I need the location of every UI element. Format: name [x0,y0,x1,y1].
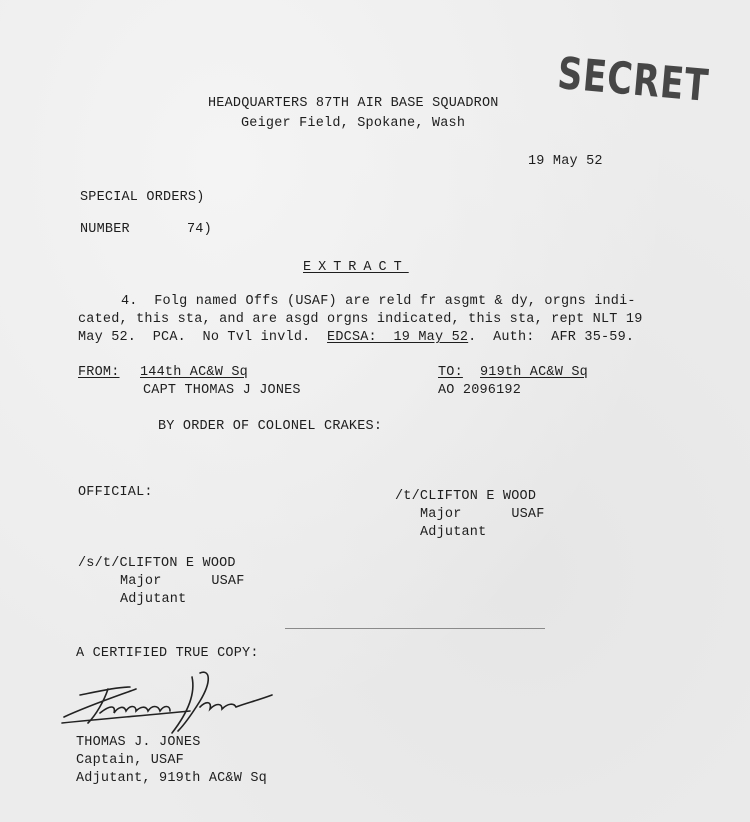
special-orders-label: SPECIAL ORDERS) [80,189,205,206]
header-unit: HEADQUARTERS 87TH AIR BASE SQUADRON [208,95,499,112]
to-unit: 919th AC&W Sq [480,364,588,381]
certifier-title: Adjutant, 919th AC&W Sq [76,770,267,787]
edcsa-date: EDCSA: 19 May 52 [327,330,468,345]
from-label: FROM: [78,364,120,381]
paragraph-line-2: cated, this sta, and are asgd orgns indi… [78,311,643,328]
right-signer-rank: Major USAF [420,506,545,523]
officer-name: CAPT THOMAS J JONES [143,382,301,399]
paragraph-text: May 52. PCA. No Tvl invld. [78,330,327,345]
officer-serial: AO 2096192 [438,382,521,399]
certifier-name: THOMAS J. JONES [76,734,201,751]
certified-label: A CERTIFIED TRUE COPY: [76,645,259,662]
official-label: OFFICIAL: [78,484,153,501]
handwritten-signature [60,665,300,745]
right-signer-title: Adjutant [420,524,486,541]
paragraph-line-1: 4. Folg named Offs (USAF) are reld fr as… [121,293,636,310]
number-label: NUMBER [80,221,130,238]
right-signer-name: /t/CLIFTON E WOOD [395,488,536,505]
number-value: 74) [187,221,212,238]
certifier-rank: Captain, USAF [76,752,184,769]
paragraph-auth: . Auth: AFR 35-59. [468,330,634,345]
header-date: 19 May 52 [528,153,603,170]
divider-line [285,628,545,629]
paragraph-line-3: May 52. PCA. No Tvl invld. EDCSA: 19 May… [78,329,634,346]
by-order-line: BY ORDER OF COLONEL CRAKES: [158,418,382,435]
from-unit: 144th AC&W Sq [140,364,248,381]
extract-title: EXTRACT [303,259,409,276]
left-signer-title: Adjutant [120,591,186,608]
document-page: SECRET HEADQUARTERS 87TH AIR BASE SQUADR… [0,0,750,822]
secret-stamp: SECRET [556,48,711,112]
to-label: TO: [438,364,463,381]
header-location: Geiger Field, Spokane, Wash [241,115,465,132]
left-signer-name: /s/t/CLIFTON E WOOD [78,555,236,572]
left-signer-rank: Major USAF [120,573,245,590]
